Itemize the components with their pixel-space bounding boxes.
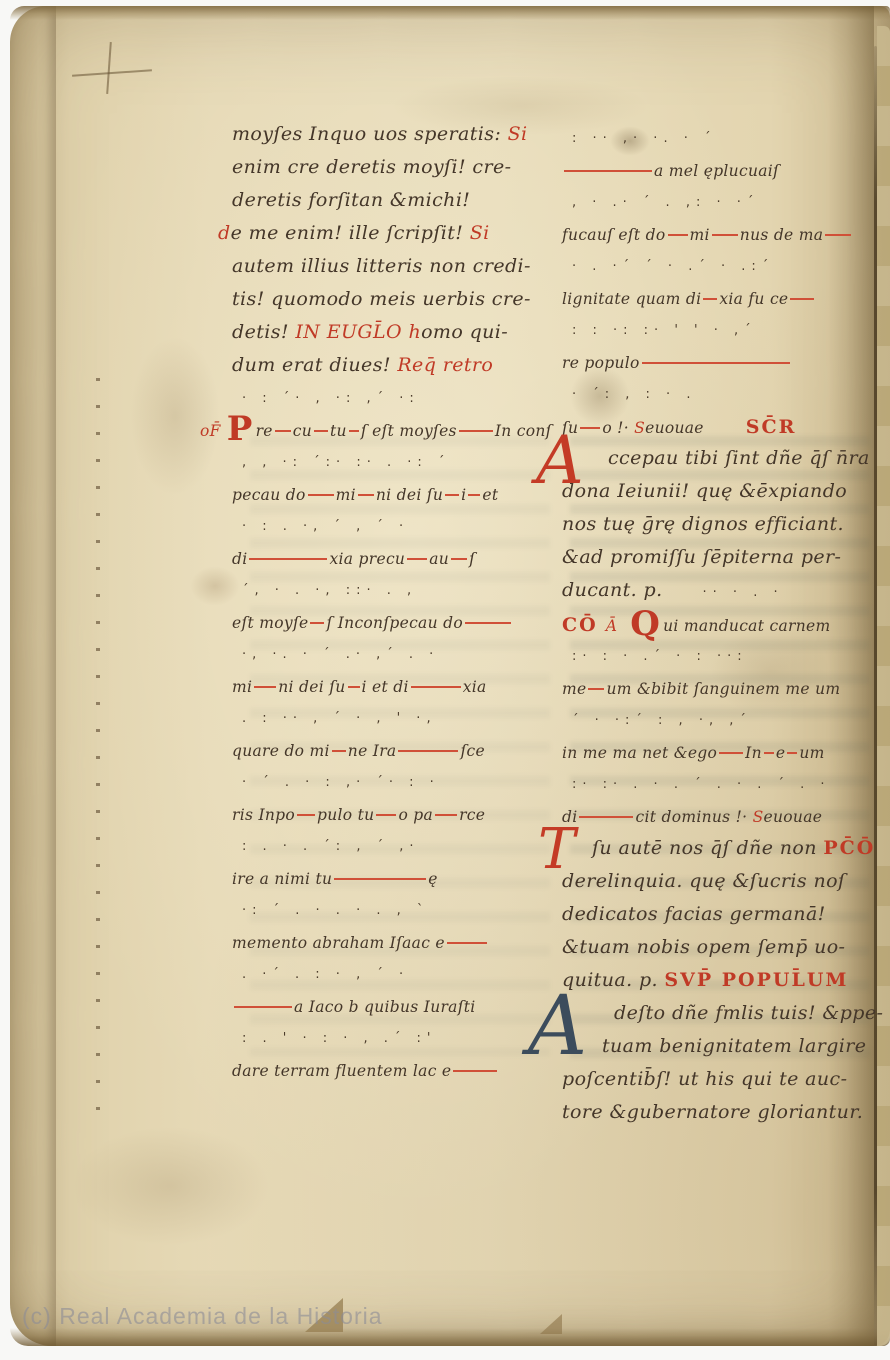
chant-line: eſt moyſeſ Inconſpecau do (232, 608, 582, 638)
text-run: dum erat diues! (232, 354, 397, 376)
text-run: dare terram fluentem lac e (232, 1062, 451, 1080)
prose-line: tis! quomodo meis uerbis cre- (232, 283, 582, 316)
text-run: fucauſ eſt do (562, 226, 666, 244)
red-extender-line (787, 752, 797, 754)
red-extender-line (712, 234, 738, 236)
text-run: ſ (469, 550, 475, 568)
text-run: a mel ęplucuaiſ (654, 162, 779, 180)
red-extender-line (314, 430, 328, 432)
red-extender-line (411, 686, 461, 688)
text-run: cit dominus !· (635, 808, 752, 826)
red-extender-line (310, 622, 324, 624)
text-run: au (429, 550, 449, 568)
red-extender-line (453, 1070, 497, 1072)
neume-line: : . · . ´: , ´ ,· (232, 830, 582, 864)
neume-line: : ·· ,· ·. · ´ (562, 122, 890, 156)
rubric-run: S (634, 419, 645, 437)
text-run: poſcentib̄ſ! ut his qui te auc- (562, 1068, 847, 1090)
text-run: In conſ (495, 422, 552, 440)
prose-line: dedicatos facias germanā! (562, 898, 890, 931)
text-run: pulo tu (317, 806, 374, 824)
chant-line: in me ma net &egoIneum (562, 738, 890, 768)
parchment-page: moyſes Inquo uos speratis: Sienim cre de… (10, 6, 890, 1346)
text-run: euouae (764, 808, 823, 826)
red-extender-line (564, 170, 652, 172)
neume-line: : . ' · : · , .´ :' (232, 1022, 582, 1056)
text-run: nus de ma (740, 226, 824, 244)
red-extender-line (764, 752, 774, 754)
text-run: o pa (398, 806, 433, 824)
prose-line: moyſes Inquo uos speratis: Si (232, 118, 582, 151)
red-extender-line (332, 750, 346, 752)
neume-line: , · .· ´ . ,: · ·´ (562, 186, 890, 220)
chant-line: memento abraham Iſaac e (232, 928, 582, 958)
neume-run: · : . ·, ´ , ´ · (242, 519, 409, 534)
red-extender-line (703, 298, 717, 300)
red-extender-line (376, 814, 396, 816)
neume-run: ´, · . ·, ::· . , (242, 583, 417, 598)
neume-run: : . ' · : · , .´ :' (242, 1031, 437, 1046)
chant-line: dixia precuauſ (232, 544, 582, 574)
neume-run: :· : · .´ · : ··: (572, 649, 748, 664)
text-column-right: : ·· ,· ·. · ´a mel ęplucuaiſ, · .· ´ . … (562, 122, 890, 1129)
text-run: me (562, 680, 586, 698)
rubric-run: Si (508, 123, 528, 145)
text-run: omo qui- (421, 321, 508, 343)
text-run: cu (293, 422, 312, 440)
chant-line: dare terram fluentem lac e (232, 1056, 582, 1086)
red-extender-line (249, 558, 327, 560)
neume-line: · : ´· , ·: ,´ ·: (232, 382, 582, 416)
neume-line: · . ·´ ´ · .´ · .:´ (562, 250, 890, 284)
neume-run: · ´ . · : ,· ´· : · (242, 775, 440, 790)
text-run: in me ma net &ego (562, 744, 717, 762)
rubric-run: retro (443, 354, 493, 376)
text-run: di (232, 550, 247, 568)
chant-line: re populo (562, 348, 890, 378)
text-run: i et di (362, 678, 409, 696)
rubric-heading: CŌ (562, 614, 598, 636)
text-run: et (482, 486, 498, 504)
text-run: um &bibit ſanguinem me um (606, 680, 840, 698)
neume-line: , , ·: ´:· :· . ·: ´ (232, 446, 582, 480)
chant-line: oF̄Precutuſ eſt moyſesIn conſ (200, 416, 582, 446)
red-extender-line (668, 234, 688, 236)
text-run: ę (428, 870, 437, 888)
neume-line: ·: ´ . · . · . , ` (232, 894, 582, 928)
red-initial: Q (627, 604, 663, 644)
prose-line: poſcentib̄ſ! ut his qui te auc- (562, 1063, 890, 1096)
neume-run: · : ´· , ·: ,´ ·: (242, 391, 420, 406)
text-run: ni dei ſu (376, 486, 443, 504)
chant-line: ſuo !· SeuouaeSC̄R (562, 412, 890, 442)
text-run: nos tuę ḡrę dignos efficiant. (562, 513, 844, 535)
neume-run: · . ·´ ´ · .´ · .:´ (572, 259, 774, 274)
chant-line: ris Inpopulo tuo parce (232, 800, 582, 830)
neume-line: · : . ·, ´ , ´ · (232, 510, 582, 544)
text-run: deretis forſitan &michi! (232, 189, 470, 211)
red-extender-line (308, 494, 334, 496)
prose-line: autem illius litteris non credi- (232, 250, 582, 283)
neume-line: . ·´ . : · , ´ · (232, 958, 582, 992)
text-run: e me enim! ille ſcripſit! (231, 222, 470, 244)
rubric-run: IN EUGL̄O (295, 321, 402, 343)
text-run: ſu (562, 419, 578, 437)
page-bottom-edge (10, 1328, 890, 1346)
neume-run: ·: ´ . · . · . , ` (242, 903, 429, 918)
neume-run: . : ·· , ´ · , ' ·, (242, 711, 437, 726)
prose-line: quitua. p. SVP̄ POPUL̄UM (562, 964, 890, 997)
neume-run: : : ·: :· ' ' · ,´ (572, 323, 757, 338)
red-extender-line (580, 427, 600, 429)
prose-line: ccepau tibi ſint dñe q̄ſ n̄ra (562, 442, 890, 475)
text-run: i (461, 486, 466, 504)
red-initial: P (224, 409, 256, 449)
neume-run: ·, ·. · ´ .· ,´ . · (242, 647, 439, 662)
chant-line: pecau domini dei ſuiet (232, 480, 582, 510)
rubric-run: oF̄ (200, 422, 221, 440)
neume-run: : ·· ,· ·. · ´ (572, 131, 716, 146)
prose-line: deretis forſitan &michi! (232, 184, 582, 217)
red-extender-line (642, 362, 790, 364)
red-extender-line (825, 234, 851, 236)
red-extender-line (445, 494, 459, 496)
text-run: o !· (602, 419, 634, 437)
text-run: ccepau tibi ſint dñe q̄ſ n̄ra (608, 447, 870, 469)
text-run: enim cre deretis moyſi! cre- (232, 156, 511, 178)
rubric-heading: PC̄Ō (823, 837, 875, 859)
stain (70, 1126, 270, 1246)
rubric-run: Req̄ (397, 354, 436, 376)
text-run: mi (336, 486, 356, 504)
rubric-heading: SVP̄ POPUL̄UM (664, 969, 848, 991)
red-extender-line (588, 688, 604, 690)
text-column-left: moyſes Inquo uos speratis: Sienim cre de… (232, 118, 582, 1086)
red-extender-line (334, 878, 426, 880)
red-extender-line (254, 686, 276, 688)
rubric-run: h (408, 321, 421, 343)
text-run: a Iaco b quibus Iuraſti (294, 998, 476, 1016)
prose-line: tuam benignitatem largire (562, 1030, 890, 1063)
text-run: tis! quomodo meis uerbis cre- (232, 288, 531, 310)
red-extender-line (790, 298, 814, 300)
prose-line: ducant. p.·· · . · (562, 574, 890, 610)
prose-line: nos tuę ḡrę dignos efficiant. (562, 508, 890, 541)
text-run: ſce (460, 742, 485, 760)
neume-line: · ´ . · : ,· ´· : · (232, 766, 582, 800)
prose-line: de me enim! ille ſcripſit! Si (218, 217, 582, 250)
chant-line: ire a nimi tuę (232, 864, 582, 894)
text-run: deſto dñe fmlis tuis! &ppe- (614, 1002, 883, 1024)
prose-line: enim cre deretis moyſi! cre- (232, 151, 582, 184)
rubric-run: S (753, 808, 764, 826)
red-extender-line (358, 494, 374, 496)
neume-line: · ´: , : · . (562, 378, 890, 412)
chant-line: lignitate quam dixia fu ce (562, 284, 890, 314)
red-extender-line (398, 750, 458, 752)
neume-run: . ·´ . : · , ´ · (242, 967, 409, 982)
text-run: ire a nimi tu (232, 870, 332, 888)
text-run: ſ eſt moyſes (361, 422, 457, 440)
rubric-run: Ā (606, 617, 618, 635)
red-extender-line (234, 1006, 292, 1008)
text-run: xia fu ce (719, 290, 788, 308)
cross-mark (106, 42, 112, 94)
text-run: um (799, 744, 824, 762)
red-extender-line (275, 430, 291, 432)
text-run: xia precu (329, 550, 405, 568)
red-extender-line (719, 752, 743, 754)
prose-line: detis! IN EUGL̄O homo qui- (232, 316, 582, 349)
text-run: eſt moyſe (232, 614, 308, 632)
neume-line: ·, ·. · ´ .· ,´ . · (232, 638, 582, 672)
text-run: mi (232, 678, 252, 696)
red-extender-line (579, 816, 633, 818)
neume-run: :· :· . · . ´ . · . ´ . · (572, 777, 831, 792)
red-extender-line (348, 686, 360, 688)
neume-run: : . · . ´: , ´ ,· (242, 839, 419, 854)
text-run: ducant. p. (562, 579, 663, 601)
text-run: ris Inpo (232, 806, 295, 824)
red-extender-line (435, 814, 457, 816)
book-fore-edge-left (10, 6, 56, 1346)
text-run: quare do mi (232, 742, 330, 760)
text-run: detis! (232, 321, 295, 343)
copyright-watermark: (c) Real Academia de la Historia (22, 1303, 383, 1330)
neume-line: ´ · ·:´ : , ·, ,´ (562, 704, 890, 738)
prose-line: derelinquia. quę &ſucris noſ (562, 865, 890, 898)
text-run: xia (463, 678, 487, 696)
red-extender-line (349, 430, 359, 432)
neume-line: . : ·· , ´ · , ' ·, (232, 702, 582, 736)
prose-line: deſto dñe fmlis tuis! &ppe- (562, 997, 890, 1030)
page-top-edge (10, 6, 890, 20)
red-extender-line (465, 622, 511, 624)
text-run: ſ Inconſpecau do (326, 614, 462, 632)
neume-run: ·· · . · (703, 585, 784, 600)
text-run: dona Ieiunii! quę &ēxpiando (562, 480, 847, 502)
rubric-run: d (218, 222, 231, 244)
chant-line: fucauſ eſt dominus de ma (562, 220, 890, 250)
text-run: rce (459, 806, 485, 824)
text-run: ne Ira (348, 742, 397, 760)
prose-line: dum erat diues! Req̄ retro (232, 349, 582, 382)
prose-line: tore &gubernatore gloriantur. (562, 1096, 890, 1129)
prose-line: dona Ieiunii! quę &ēxpiando (562, 475, 890, 508)
text-run: memento abraham Iſaac e (232, 934, 445, 952)
text-run: tore &gubernatore gloriantur. (562, 1101, 863, 1123)
text-run: tuam benignitatem largire (602, 1035, 866, 1057)
red-extender-line (459, 430, 493, 432)
text-run: ui manducat carnem (663, 617, 830, 635)
chant-line: CŌĀQui manducat carnem (562, 610, 890, 640)
text-run: re (256, 422, 273, 440)
text-run: mi (690, 226, 710, 244)
text-run: &ad promiſſu ſēpiterna per- (562, 546, 841, 568)
chant-line: a mel ęplucuaiſ (562, 156, 890, 186)
chant-line: quare do mine Iraſce (232, 736, 582, 766)
red-extender-line (297, 814, 315, 816)
text-run: lignitate quam di (562, 290, 701, 308)
text-run: tu (330, 422, 347, 440)
pricking-dots-column (96, 378, 100, 1120)
text-run: euouae (645, 419, 704, 437)
prose-line: &tuam nobis opem ſemp̄ uo- (562, 931, 890, 964)
chant-line: meum &bibit ſanguinem me um (562, 674, 890, 704)
text-run: dedicatos facias germanā! (562, 903, 826, 925)
text-run: autem illius litteris non credi- (232, 255, 531, 277)
neume-run: · ´: , : · . (572, 387, 696, 402)
cross-mark (72, 69, 152, 77)
text-run: moyſes Inquo uos speratis: (232, 123, 508, 145)
text-run: re populo (562, 354, 640, 372)
rubric-run: Si (470, 222, 490, 244)
red-extender-line (447, 942, 487, 944)
text-run: pecau do (232, 486, 306, 504)
neume-run: , , ·: ´:· :· . ·: ´ (242, 455, 450, 470)
text-run: In (745, 744, 762, 762)
neume-run: ´ · ·:´ : , ·, ,´ (572, 713, 752, 728)
neume-line: :· :· . · . ´ . · . ´ . · (562, 768, 890, 802)
red-extender-line (468, 494, 480, 496)
neume-line: :· : · .´ · : ··: (562, 640, 890, 674)
red-extender-line (407, 558, 427, 560)
chant-line: a Iaco b quibus Iuraſti (232, 992, 582, 1022)
text-run: ſu autē nos q̄ſ dñe non (592, 837, 823, 859)
rubric-heading: SC̄R (746, 416, 797, 438)
text-run: e (776, 744, 785, 762)
neume-run: , · .· ´ . ,: · ·´ (572, 195, 759, 210)
text-run: &tuam nobis opem ſemp̄ uo- (562, 936, 845, 958)
text-run: derelinquia. quę &ſucris noſ (562, 870, 845, 892)
neume-line: : : ·: :· ' ' · ,´ (562, 314, 890, 348)
neume-line: ´, · . ·, ::· . , (232, 574, 582, 608)
text-run: ni dei ſu (278, 678, 345, 696)
red-extender-line (451, 558, 467, 560)
prose-line: ſu autē nos q̄ſ dñe non PC̄Ō (562, 832, 890, 865)
chant-line: dicit dominus !· Seuouae (562, 802, 890, 832)
manuscript-scan: moyſes Inquo uos speratis: Sienim cre de… (0, 0, 890, 1360)
text-run: di (562, 808, 577, 826)
text-run: quitua. p. (562, 969, 664, 991)
chant-line: mini dei ſui et dixia (232, 672, 582, 702)
prose-line: &ad promiſſu ſēpiterna per- (562, 541, 890, 574)
